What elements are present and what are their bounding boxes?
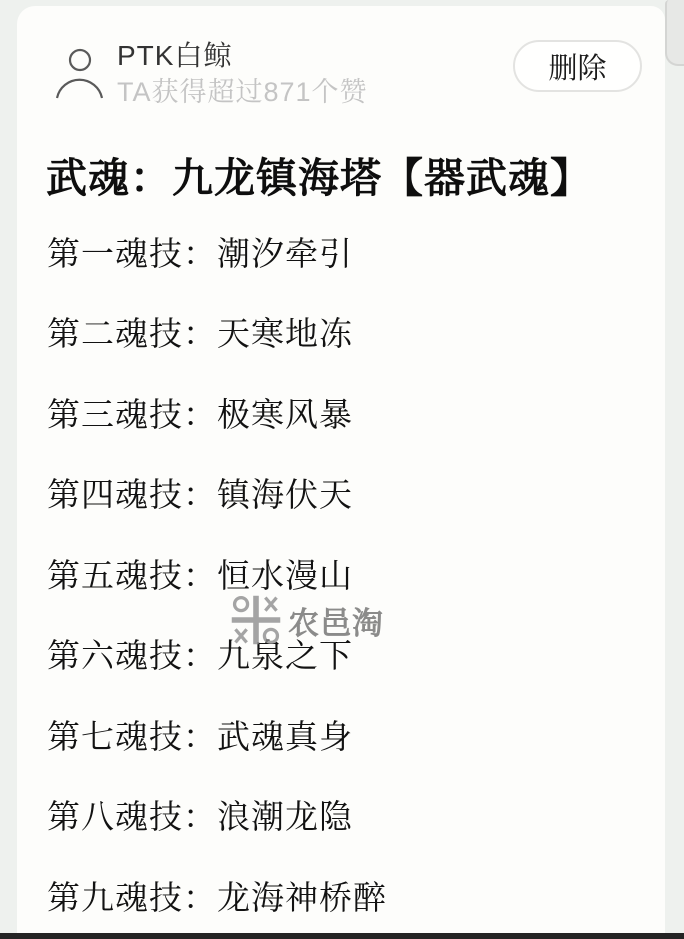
skill-line-6: 第六魂技：九泉之下 [47,614,645,695]
skill-list: 第一魂技：潮汐牵引 第二魂技：天寒地冻 第三魂技：极寒风暴 第四魂技：镇海伏天 … [47,211,645,936]
scrollbar-thumb[interactable] [665,0,684,66]
skill-line-7: 第七魂技：武魂真身 [47,694,645,775]
delete-button[interactable]: 删除 [513,40,642,92]
post-card: PTK白鲸 TA获得超过871个赞 删除 武魂：九龙镇海塔【器武魂】 第一魂技：… [17,6,665,939]
avatar[interactable] [55,46,103,100]
username: PTK白鲸 [117,34,232,74]
bottom-bar [0,933,684,939]
person-outline-icon [55,46,103,100]
skill-line-5: 第五魂技：恒水漫山 [47,533,645,614]
skill-line-4: 第四魂技：镇海伏天 [47,453,645,534]
skill-line-9: 第九魂技：龙海神桥醉 [47,855,645,936]
skill-line-8: 第八魂技：浪潮龙隐 [47,775,645,856]
post-title: 武魂：九龙镇海塔【器武魂】 [46,145,592,204]
skill-line-1: 第一魂技：潮汐牵引 [47,211,645,292]
skill-line-3: 第三魂技：极寒风暴 [47,372,645,453]
skill-line-2: 第二魂技：天寒地冻 [47,292,645,373]
user-likes-stat: TA获得超过871个赞 [117,70,368,109]
page-background: PTK白鲸 TA获得超过871个赞 删除 武魂：九龙镇海塔【器武魂】 第一魂技：… [0,0,684,939]
